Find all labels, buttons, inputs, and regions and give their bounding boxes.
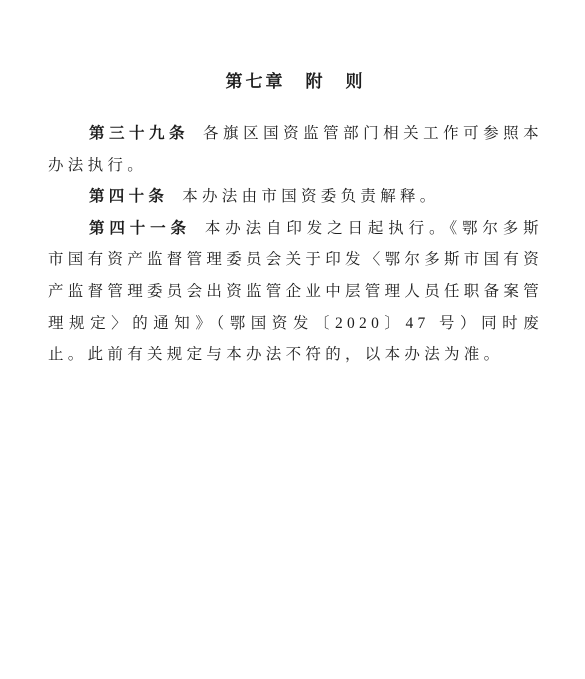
article-40-text: 本办法由市国资委负责解释。 — [182, 188, 439, 205]
article-41-text: 本办法自印发之日起执行。《鄂尔多斯市国有资产监督管理委员会关于印发〈鄂尔多斯市国… — [48, 220, 543, 363]
article-40-number: 第四十条 — [89, 188, 168, 205]
document-page: 第七章 附 则 第三十九条各旗区国资监管部门相关工作可参照本办法执行。 第四十条… — [0, 0, 585, 679]
article-39-number: 第三十九条 — [89, 125, 189, 142]
article-41-paragraph: 第四十一条本办法自印发之日起执行。《鄂尔多斯市国有资产监督管理委员会关于印发〈鄂… — [48, 213, 543, 371]
chapter-heading: 第七章 附 则 — [48, 70, 543, 94]
article-40-paragraph: 第四十条本办法由市国资委负责解释。 — [48, 181, 543, 213]
article-41-number: 第四十一条 — [89, 220, 191, 237]
article-39-paragraph: 第三十九条各旗区国资监管部门相关工作可参照本办法执行。 — [48, 118, 543, 181]
